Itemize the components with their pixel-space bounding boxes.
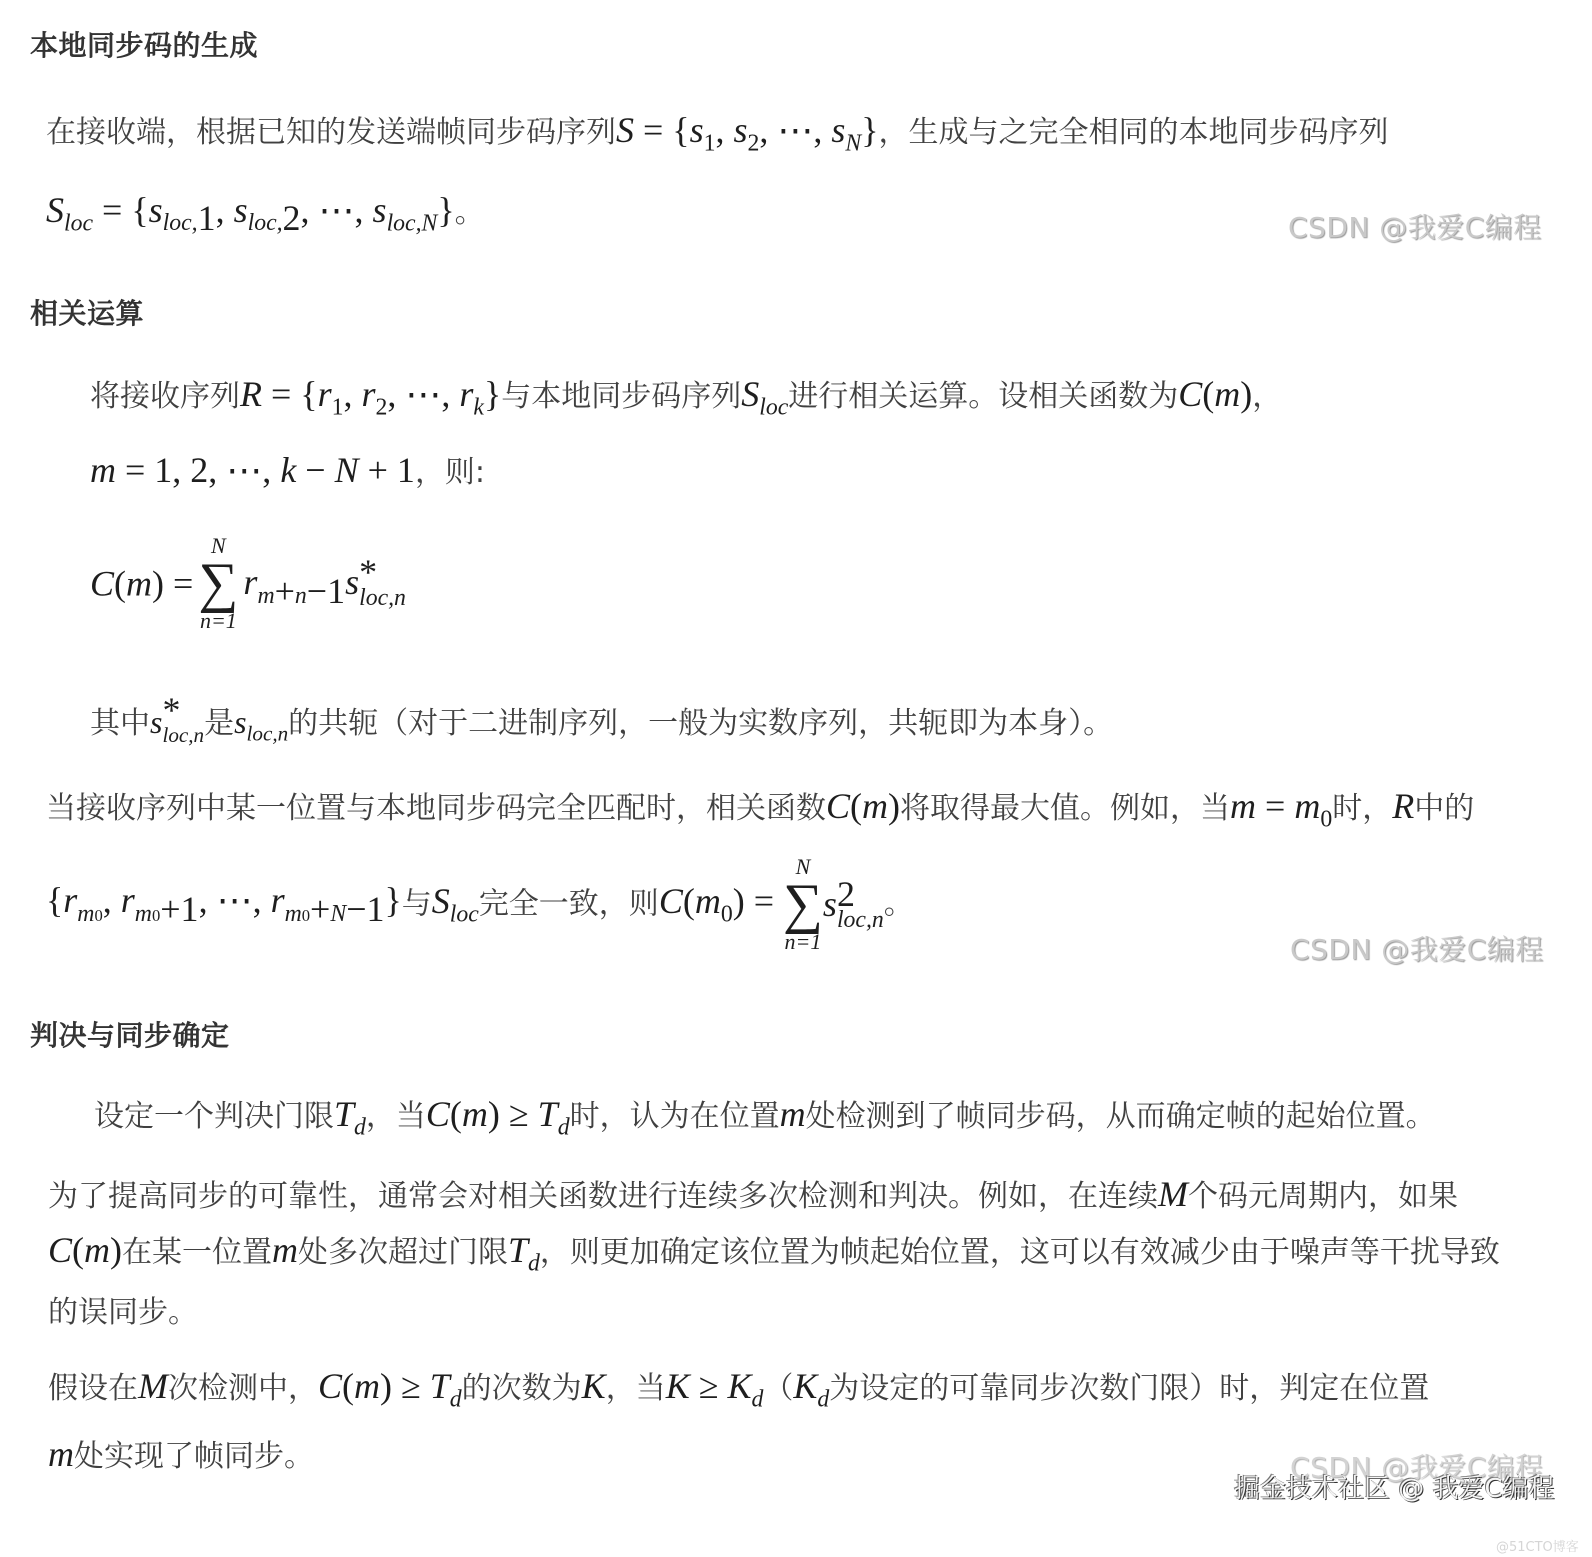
paragraph-m-range: m = 1, 2, ⋯, k − N + 1，则:: [90, 452, 485, 488]
text: 进行相关运算。设相关函数为: [788, 379, 1178, 414]
text: 设定一个判决门限: [94, 1099, 334, 1134]
text: 与本地同步码序列: [501, 379, 741, 414]
text: 处多次超过门限: [298, 1235, 508, 1270]
math-Sloc: Sloc: [741, 374, 788, 414]
math-m-eq-m0: m = m0: [1230, 786, 1332, 826]
text: 。: [884, 887, 914, 922]
text: 处检测到了帧同步码，从而确定帧的起始位置。: [806, 1099, 1436, 1134]
text: 当接收序列中某一位置与本地同步码完全匹配时，相关函数: [46, 791, 826, 826]
watermark-juejin: 掘金技术社区 @ 我爱C编程: [1234, 1468, 1555, 1505]
math-R: R: [1392, 786, 1414, 826]
text: ，生成与之完全相同的本地同步码序列: [879, 115, 1389, 150]
text: 的共轭（对于二进制序列，一般为实数序列，共轭即为本身）。: [288, 706, 1113, 741]
paragraph-sloc-definition: Sloc = {sloc,1, sloc,2, ⋯, sloc,N}。: [46, 192, 485, 236]
math-m: m: [48, 1434, 74, 1474]
math-M: M: [138, 1366, 168, 1406]
math-R-set: R = {r1, r2, ⋯, rk}: [240, 374, 501, 414]
watermark-csdn: CSDN @我爱C编程: [1288, 206, 1542, 246]
math-S-set: S = {s1, s2, ⋯, sN}: [616, 110, 879, 150]
text: 与: [402, 887, 432, 922]
text: 在某一位置: [122, 1235, 272, 1270]
text: ，当: [366, 1099, 426, 1134]
sigma-symbol: ∑: [783, 878, 823, 931]
paragraph-reliability-line3: 的误同步。: [48, 1298, 198, 1328]
text: ，则更加确定该位置为帧起始位置，这可以有效减少由于噪声等干扰导致: [540, 1235, 1500, 1270]
text: ，: [1252, 379, 1282, 414]
math-K: K: [582, 1366, 606, 1406]
paragraph-max-value: {rm0, rm0+1, ⋯, rm0+N−1}与Sloc完全一致，则C(m0)…: [46, 856, 914, 953]
math-s-squared: s2loc,n: [823, 884, 884, 924]
text: 为了提高同步的可靠性，通常会对相关函数进行连续多次检测和判决。例如，在连续: [48, 1179, 1158, 1214]
watermark-csdn: CSDN @我爱C编程: [1290, 928, 1544, 968]
text: 是: [204, 706, 234, 741]
text: 将接收序列: [90, 379, 240, 414]
text: 的次数为: [462, 1371, 582, 1406]
paragraph-conjugate-note: 其中s*loc,n是sloc,n的共轭（对于二进制序列，一般为实数序列，共轭即为…: [90, 694, 1113, 745]
text: 在接收端，根据已知的发送端帧同步码序列: [46, 115, 616, 150]
math-Kd: Kd: [793, 1366, 829, 1406]
section-heading-correlation: 相关运算: [30, 292, 144, 332]
math-m: m: [272, 1230, 298, 1270]
formula-correlation: C(m) = N ∑ n=1 rm+n−1s*loc,n: [90, 535, 406, 632]
text: 时，: [1332, 791, 1392, 826]
text: 假设在: [48, 1371, 138, 1406]
summation: N ∑ n=1: [198, 535, 238, 632]
paragraph-local-sync-intro: 在接收端，根据已知的发送端帧同步码序列S = {s1, s2, ⋯, sN}，生…: [46, 112, 1389, 156]
formula-lhs: C(m) =: [90, 564, 193, 604]
paragraph-max-match: 当接收序列中某一位置与本地同步码完全匹配时，相关函数C(m)将取得最大值。例如，…: [46, 788, 1474, 832]
paragraph-final-decision-line2: m处实现了帧同步。: [48, 1436, 314, 1472]
math-Sloc-set: Sloc = {sloc,1, sloc,2, ⋯, sloc,N}: [46, 190, 455, 230]
text: 个码元周期内，如果: [1188, 1179, 1458, 1214]
summation: N ∑ n=1: [783, 856, 823, 953]
math-m-range: m = 1, 2, ⋯, k − N + 1: [90, 450, 415, 490]
text: 次检测中，: [168, 1371, 318, 1406]
paragraph-final-decision-line1: 假设在M次检测中，C(m) ≥ Td的次数为K，当K ≥ Kd（Kd为设定的可靠…: [48, 1368, 1429, 1412]
section-heading-decision: 判决与同步确定: [30, 1014, 230, 1054]
sigma-symbol: ∑: [198, 557, 238, 610]
math-Sloc: Sloc: [432, 881, 479, 921]
math-s-locn: sloc,n: [234, 704, 288, 740]
text: 中的: [1414, 791, 1474, 826]
math-Cm-ge-Td: C(m) ≥ Td: [426, 1094, 570, 1134]
text: （: [763, 1371, 793, 1406]
math-K-ge-Kd: K ≥ Kd: [666, 1366, 764, 1406]
math-Cm0: C(m0) =: [659, 881, 783, 921]
text: ，则:: [415, 455, 485, 490]
text: 其中: [90, 706, 150, 741]
math-Cm: C(m): [826, 786, 900, 826]
math-Td: Td: [334, 1094, 366, 1134]
math-s-conj: s*loc,n: [150, 704, 204, 740]
text: 为设定的可靠同步次数门限）时，判定在位置: [829, 1371, 1429, 1406]
text: 。: [455, 195, 485, 230]
text: 时，认为在位置: [570, 1099, 780, 1134]
math-Cm-ge-Td: C(m) ≥ Td: [318, 1366, 462, 1406]
watermark-51cto: @51CTO博客: [1496, 1536, 1579, 1555]
paragraph-threshold: 设定一个判决门限Td，当C(m) ≥ Td时，认为在位置m处检测到了帧同步码，从…: [94, 1096, 1436, 1140]
section-heading-local-sync-code: 本地同步码的生成: [30, 24, 258, 64]
paragraph-reliability-line2: C(m)在某一位置m处多次超过门限Td，则更加确定该位置为帧起始位置，这可以有效…: [48, 1232, 1500, 1276]
math-Cm: C(m): [1178, 374, 1252, 414]
paragraph-correlation-intro: 将接收序列R = {r1, r2, ⋯, rk}与本地同步码序列Sloc进行相关…: [90, 376, 1282, 420]
sum-lower-limit: n=1: [783, 931, 823, 953]
text: 完全一致，则: [479, 887, 659, 922]
math-M: M: [1158, 1174, 1188, 1214]
text: ，当: [606, 1371, 666, 1406]
text: 处实现了帧同步。: [74, 1439, 314, 1474]
math-r-window: {rm0, rm0+1, ⋯, rm0+N−1}: [46, 880, 402, 920]
math-m: m: [780, 1094, 806, 1134]
math-Td: Td: [508, 1230, 540, 1270]
text: 将取得最大值。例如，当: [900, 791, 1230, 826]
math-Cm: C(m): [48, 1230, 122, 1270]
formula-term: rm+n−1s*loc,n: [243, 562, 406, 602]
paragraph-reliability-line1: 为了提高同步的可靠性，通常会对相关函数进行连续多次检测和判决。例如，在连续M个码…: [48, 1176, 1458, 1212]
sum-lower-limit: n=1: [198, 610, 238, 632]
